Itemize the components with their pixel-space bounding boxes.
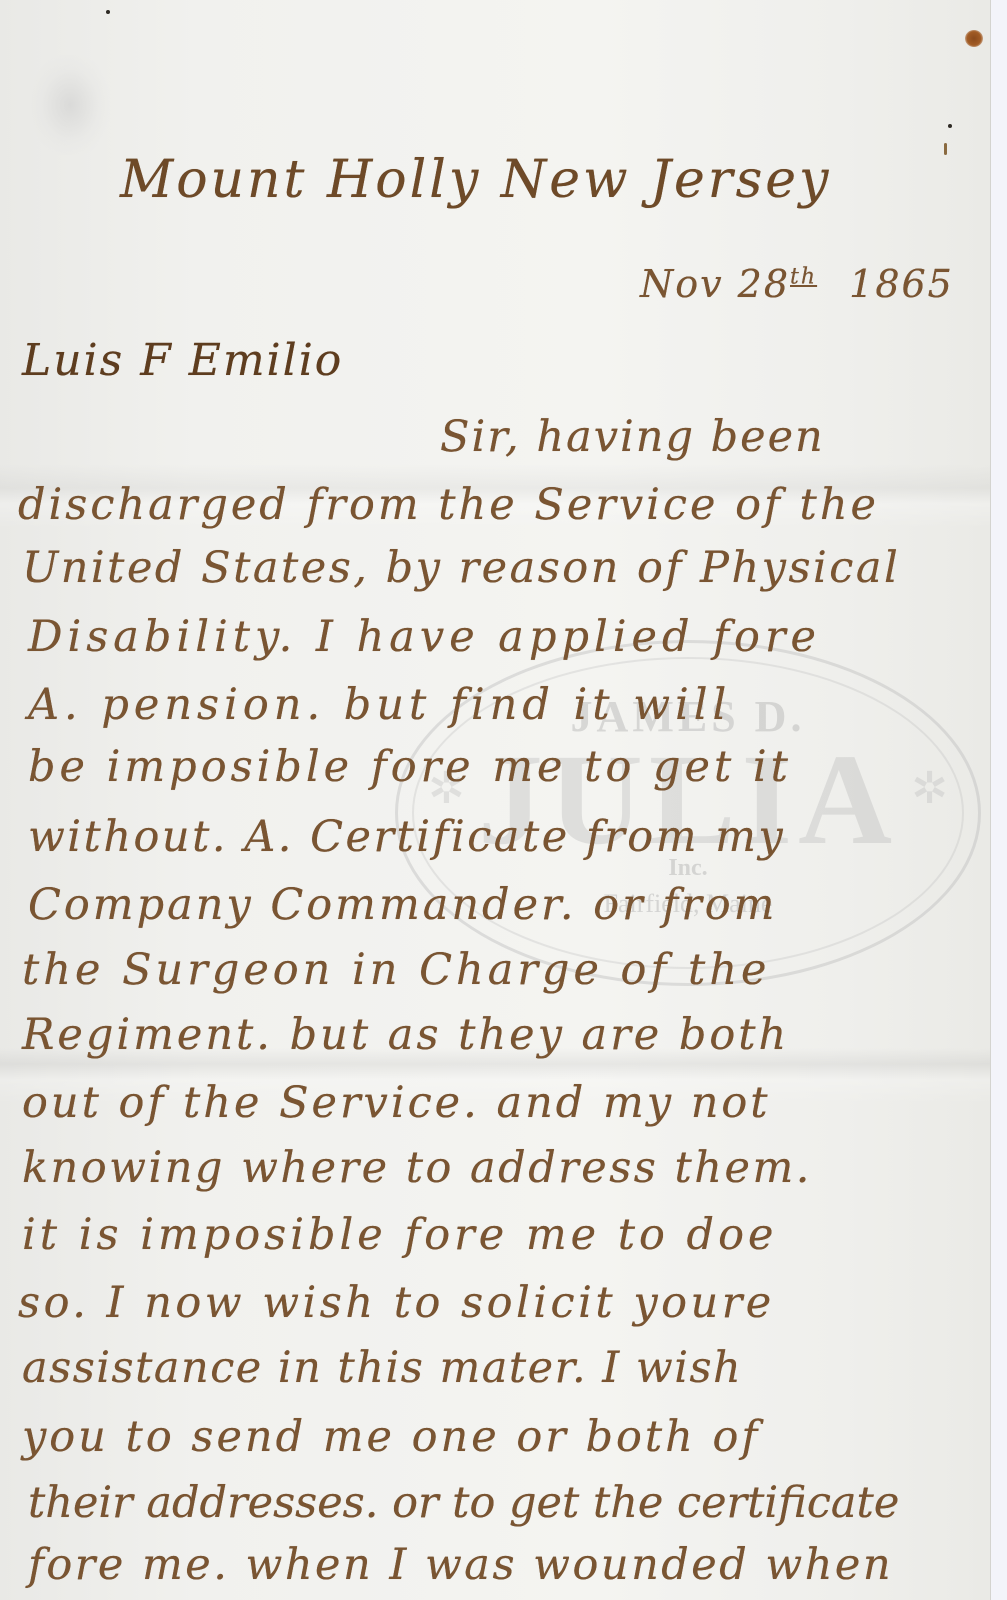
- letter-body-line: Sir, having been: [440, 412, 825, 462]
- letter-body-line: knowing where to address them.: [22, 1143, 812, 1193]
- date-month-day: Nov 28: [640, 262, 790, 306]
- ink-fleck: [948, 124, 952, 128]
- letter-body-line: United States, by reason of Physical: [22, 543, 900, 593]
- letter-body-line: it is imposible fore me to doe: [22, 1210, 777, 1260]
- rust-stain: [965, 30, 983, 47]
- letter-body-line: Regiment. but as they are both: [22, 1010, 789, 1060]
- ink-fleck: [944, 143, 947, 155]
- letter-body-line: fore me. when I was wounded when: [28, 1540, 893, 1590]
- letter-addressee: Luis F Emilio: [22, 335, 343, 386]
- ink-fleck: [106, 10, 110, 14]
- letter-page: ✲ ✲ JAMES D. JULIA Inc. Fairfield, Maine…: [0, 0, 991, 1600]
- letter-body-line: be imposible fore me to get it: [28, 742, 792, 792]
- letter-body-line: their addresses. or to get the certifica…: [28, 1478, 899, 1528]
- letter-body-line: the Surgeon in Charge of the: [22, 945, 770, 995]
- letter-body-line: out of the Service. and my not: [22, 1078, 771, 1128]
- letter-body-line: Company Commander. or from: [28, 880, 777, 930]
- scan-background-strip: [991, 0, 1007, 1600]
- letter-body-line: assistance in this mater. I wish: [22, 1343, 742, 1393]
- date-year: 1865: [849, 262, 954, 306]
- letter-place-heading: Mount Holly New Jersey: [120, 150, 831, 210]
- letter-date: Nov 28th 1865: [640, 262, 954, 306]
- letter-body-line: discharged from the Service of the: [18, 480, 879, 530]
- letter-body-line: without. A. Certificate from my: [28, 812, 785, 862]
- date-ordinal-suffix: th: [790, 264, 817, 289]
- letter-body-line: A. pension. but find it will: [28, 680, 731, 730]
- letter-body-line: so. I now wish to solicit youre: [18, 1278, 775, 1328]
- letter-body-line: you to send me one or both of: [22, 1412, 760, 1462]
- paper-emboss-mark: [30, 55, 110, 155]
- letter-body-line: Disability. I have applied fore: [28, 612, 821, 662]
- star-icon: ✲: [911, 763, 948, 814]
